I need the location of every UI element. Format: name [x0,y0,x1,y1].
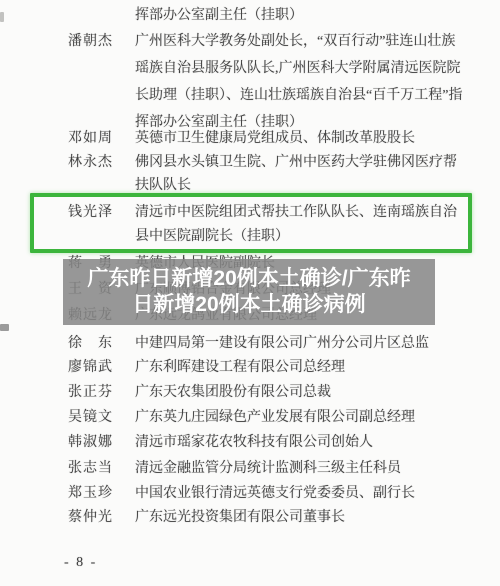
person-name: 韩淑娜 [68,430,135,455]
person-name: 吴镜文 [68,405,135,430]
person-name: 潘朝杰 [68,28,135,55]
table-row: 邓如周 英德市卫生健康局党组成员、体制改革股股长 [68,126,472,151]
table-row: 林永杰 佛冈县水头镇卫生院、广州中医药大学驻佛冈医疗帮扶队队长 [68,151,472,197]
person-title: 佛冈县水头镇卫生院、广州中医药大学驻佛冈医疗帮扶队队长 [135,151,465,197]
person-name: 蔡仲光 [68,505,135,530]
table-row: 挥部办公室副主任（挂职） [68,3,472,28]
person-title: 广东天农集团股份有限公司总裁 [135,380,465,405]
caption-overlay: 广东昨日新增20例本土确诊/广东昨 日新增20例本土确诊病例 [63,259,435,325]
person-title: 清远金融监管分局统计监测科三级主任科员 [135,456,465,481]
table-row: 吴镜文 广东英九庄园绿色产业发展有限公司副总经理 [68,405,472,430]
scan-artifact [0,12,4,22]
table-row: 郑玉珍 中国农业银行清远英德支行党委委员、副行长 [68,481,472,506]
document-page: 挥部办公室副主任（挂职） 潘朝杰 广州医科大学教务处副处长，“双百行动”驻连山壮… [0,0,500,586]
person-name: 张正芬 [68,380,135,405]
person-name: 林永杰 [68,151,135,174]
table-row: 韩淑娜 清远市瑶家花农牧科技有限公司创始人 [68,430,472,455]
page-number: - 8 - [64,555,97,571]
person-title: 英德市卫生健康局党组成员、体制改革股股长 [135,126,465,151]
person-name: 张志当 [68,456,135,481]
person-title: 中建四局第一建设有限公司广州分公司片区总监 [135,331,465,356]
table-row: 张志当 清远金融监管分局统计监测科三级主任科员 [68,456,472,481]
person-title: 广东远光投资集团有限公司董事长 [135,505,465,530]
table-row: 廖锦武 广东利晖建设工程有限公司总经理 [68,355,472,380]
highlight-box [30,193,472,253]
person-title: 中国农业银行清远英德支行党委委员、副行长 [135,481,465,506]
caption-line-1: 广东昨日新增20例本土确诊/广东昨 [87,266,410,292]
person-name: 廖锦武 [68,355,135,380]
person-title: 挥部办公室副主任（挂职） [135,3,465,28]
scan-artifact [0,324,9,331]
person-name: 徐 东 [68,331,135,356]
table-row: 徐 东 中建四局第一建设有限公司广州分公司片区总监 [68,331,472,356]
person-name: 郑玉珍 [68,481,135,506]
person-title: 清远市瑶家花农牧科技有限公司创始人 [135,430,465,455]
person-title: 广东英九庄园绿色产业发展有限公司副总经理 [135,405,465,430]
person-title: 广州医科大学教务处副处长，“双百行动”驻连山壮族瑶族自治县服务队队长,广州医科大… [135,28,465,136]
caption-line-2: 日新增20例本土确诊病例 [132,292,365,318]
table-row: 蔡仲光 广东远光投资集团有限公司董事长 [68,505,472,530]
table-row: 潘朝杰 广州医科大学教务处副处长，“双百行动”驻连山壮族瑶族自治县服务队队长,广… [68,28,472,136]
person-name: 邓如周 [68,126,135,151]
table-row: 张正芬 广东天农集团股份有限公司总裁 [68,380,472,405]
person-title: 广东利晖建设工程有限公司总经理 [135,355,465,380]
